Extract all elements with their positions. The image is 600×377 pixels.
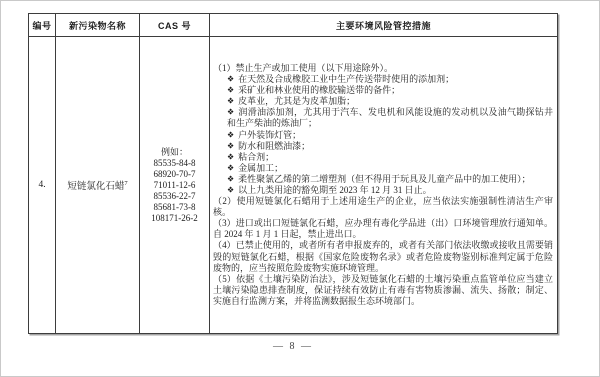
diamond-bullet-icon: ❖	[227, 74, 234, 85]
measure-paragraph-4: （4）已禁止使用的，或者所有者申报废弃的，或者有关部门依法收缴或接收且需要销毁的…	[213, 240, 553, 273]
measure-bullet-item: ❖皮革业，尤其是为皮革加脂；	[213, 96, 553, 107]
header-col-measures-label: 主要环境风险管控措施	[336, 19, 431, 32]
cas-number: 68920-70-7	[154, 169, 196, 180]
measure-bullet-item: ❖采矿业和林业使用的橡胶输送带的备件；	[213, 85, 553, 96]
measure-bullet-item: ❖防水和阻燃油漆；	[213, 141, 553, 152]
measure-bullet-text: 柔性聚氯乙烯的第二增塑剂（但不得用于玩具及儿童产品中的加工使用）；	[238, 174, 531, 184]
pollutant-name: 短链氯化石蜡7	[67, 178, 127, 192]
pollutant-table: 编号 新污染物名称 CAS 号 主要环境风险管控措施 4. 短链氯化石蜡7 例如…	[28, 13, 558, 334]
measure-bullet-text: 皮革业，尤其是为皮革加脂；	[238, 96, 355, 106]
diamond-bullet-icon: ❖	[227, 85, 234, 96]
measure-bullet-item: ❖以上九类用途的豁免期至 2023 年 12 月 31 日止。	[213, 185, 553, 196]
measure-paragraph-5: （5）依据《土壤污染防治法》，涉及短链氯化石蜡的土壤污染重点监管单位应当建立土壤…	[213, 274, 553, 307]
pollutant-name-footnote-marker: 7	[124, 180, 127, 187]
cas-number: 108171-26-2	[151, 213, 198, 224]
measure-bullet-text: 润滑油添加剂，尤其用于汽车、发电机和风能设施的发动机以及油气勘探钻井和生产柴油的…	[227, 107, 553, 128]
header-col-name-label: 新污染物名称	[69, 19, 126, 32]
diamond-bullet-icon: ❖	[227, 185, 234, 196]
header-col-no: 编号	[29, 14, 56, 37]
header-col-cas: CAS 号	[140, 14, 210, 37]
header-col-measures: 主要环境风险管控措施	[210, 14, 557, 37]
measure-paragraph-3: （3）进口或出口短链氯化石蜡，应办理有毒化学品进（出）口环境管理放行通知单。自 …	[213, 218, 553, 240]
measure-bullet-text: 金属加工；	[238, 163, 283, 173]
measure-bullet-text: 户外装饰灯管；	[238, 130, 301, 140]
measure-paragraph-1: （1）禁止生产或加工使用（以下用途除外）。	[213, 63, 553, 74]
diamond-bullet-icon: ❖	[227, 96, 234, 107]
diamond-bullet-icon: ❖	[227, 173, 234, 184]
header-col-cas-label: CAS 号	[158, 19, 191, 32]
cas-number: 85536-22-7	[154, 191, 196, 202]
measure-bullet-item: ❖金属加工；	[213, 163, 553, 174]
cas-number: 85535-84-8	[154, 158, 196, 169]
measure-bullet-text: 在天然及合成橡胶工业中生产传送带时使用的添加剂；	[238, 74, 454, 84]
measure-bullet-item: ❖润滑油添加剂，尤其用于汽车、发电机和风能设施的发动机以及油气勘探钻井和生产柴油…	[213, 107, 553, 129]
cell-row-number: 4.	[29, 37, 56, 333]
measure-bullet-text: 粘合剂；	[238, 152, 274, 162]
measure-bullet-item: ❖粘合剂；	[213, 152, 553, 163]
cell-cas-numbers: 例如： 85535-84-8 68920-70-7 71011-12-6 855…	[140, 37, 210, 333]
page-number: — 8 —	[28, 341, 558, 352]
diamond-bullet-icon: ❖	[227, 107, 234, 118]
measure-bullet-item: ❖在天然及合成橡胶工业中生产传送带时使用的添加剂；	[213, 74, 553, 85]
header-col-no-label: 编号	[32, 19, 51, 32]
cas-example-label: 例如：	[161, 147, 188, 158]
diamond-bullet-icon: ❖	[227, 129, 234, 140]
measure-bullet-item: ❖柔性聚氯乙烯的第二增塑剂（但不得用于玩具及儿童产品中的加工使用）；	[213, 174, 553, 185]
measure-paragraph-2: （2）使用短链氯化石蜡用于上述用途生产的企业，应当依法实施强制性清洁生产审核。	[213, 196, 553, 218]
cell-pollutant-name: 短链氯化石蜡7	[56, 37, 140, 333]
pollutant-name-text: 短链氯化石蜡	[67, 182, 124, 192]
measure-bullet-item: ❖户外装饰灯管；	[213, 130, 553, 141]
measure-bullet-text: 防水和阻燃油漆；	[238, 141, 310, 151]
cas-number: 85681-73-8	[154, 202, 196, 213]
diamond-bullet-icon: ❖	[227, 151, 234, 162]
measure-bullet-text: 以上九类用途的豁免期至 2023 年 12 月 31 日止。	[238, 185, 432, 195]
cas-number: 71011-12-6	[154, 180, 196, 191]
measure-bullet-text: 采矿业和林业使用的橡胶输送带的备件；	[238, 85, 400, 95]
diamond-bullet-icon: ❖	[227, 162, 234, 173]
document-page: 编号 新污染物名称 CAS 号 主要环境风险管控措施 4. 短链氯化石蜡7 例如…	[0, 0, 600, 377]
diamond-bullet-icon: ❖	[227, 140, 234, 151]
cell-measures: （1）禁止生产或加工使用（以下用途除外）。 ❖在天然及合成橡胶工业中生产传送带时…	[210, 37, 557, 333]
row-number: 4.	[38, 180, 45, 190]
header-col-name: 新污染物名称	[56, 14, 140, 37]
